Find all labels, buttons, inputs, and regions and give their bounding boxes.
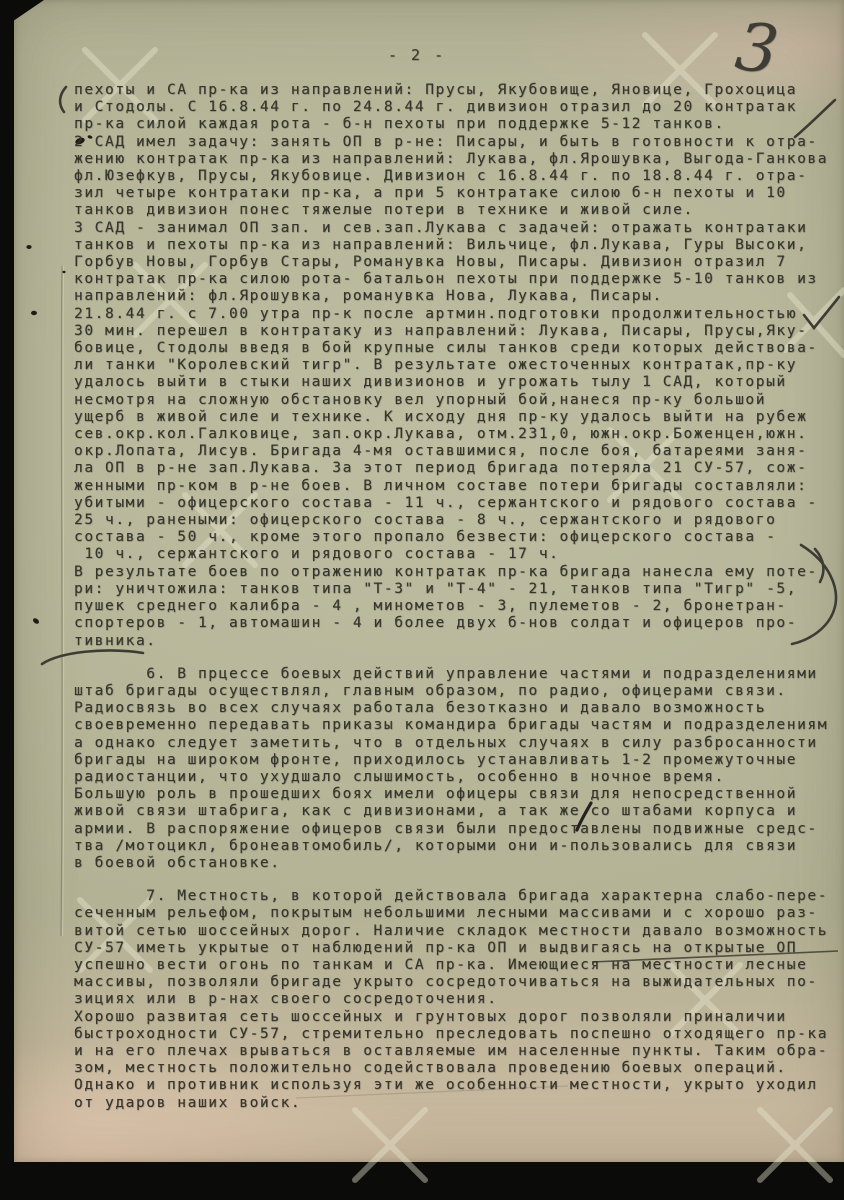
paragraph-continuation: пехоты и СА пр-ка из направлений: Прусы,… (74, 82, 836, 134)
handwritten-page-number: 3 (732, 14, 782, 85)
scanned-document-page: - 2 - пехоты и СА пр-ка из направлений: … (0, 0, 844, 1200)
document-body: пехоты и СА пр-ка из направлений: Прусы,… (74, 82, 836, 1112)
paragraph-section-6: 6. В прцессе боевых действий управление … (74, 666, 836, 872)
paragraph-section-7: 7. Местность, в которой действовала бриг… (74, 888, 836, 1112)
paragraph-3sad: 3 САД - занимал ОП зап. и сев.зап.Лукава… (74, 220, 836, 306)
paragraph-losses: В результате боев по отражению контратак… (74, 564, 836, 650)
page-number: - 2 - (388, 46, 446, 64)
paragraph-2sad: 2 САД имел задачу: занять ОП в р-не: Пис… (74, 134, 836, 220)
paragraph-counterattack: 21.8.44 г. с 7.00 утра пр-к после артмин… (74, 306, 836, 564)
